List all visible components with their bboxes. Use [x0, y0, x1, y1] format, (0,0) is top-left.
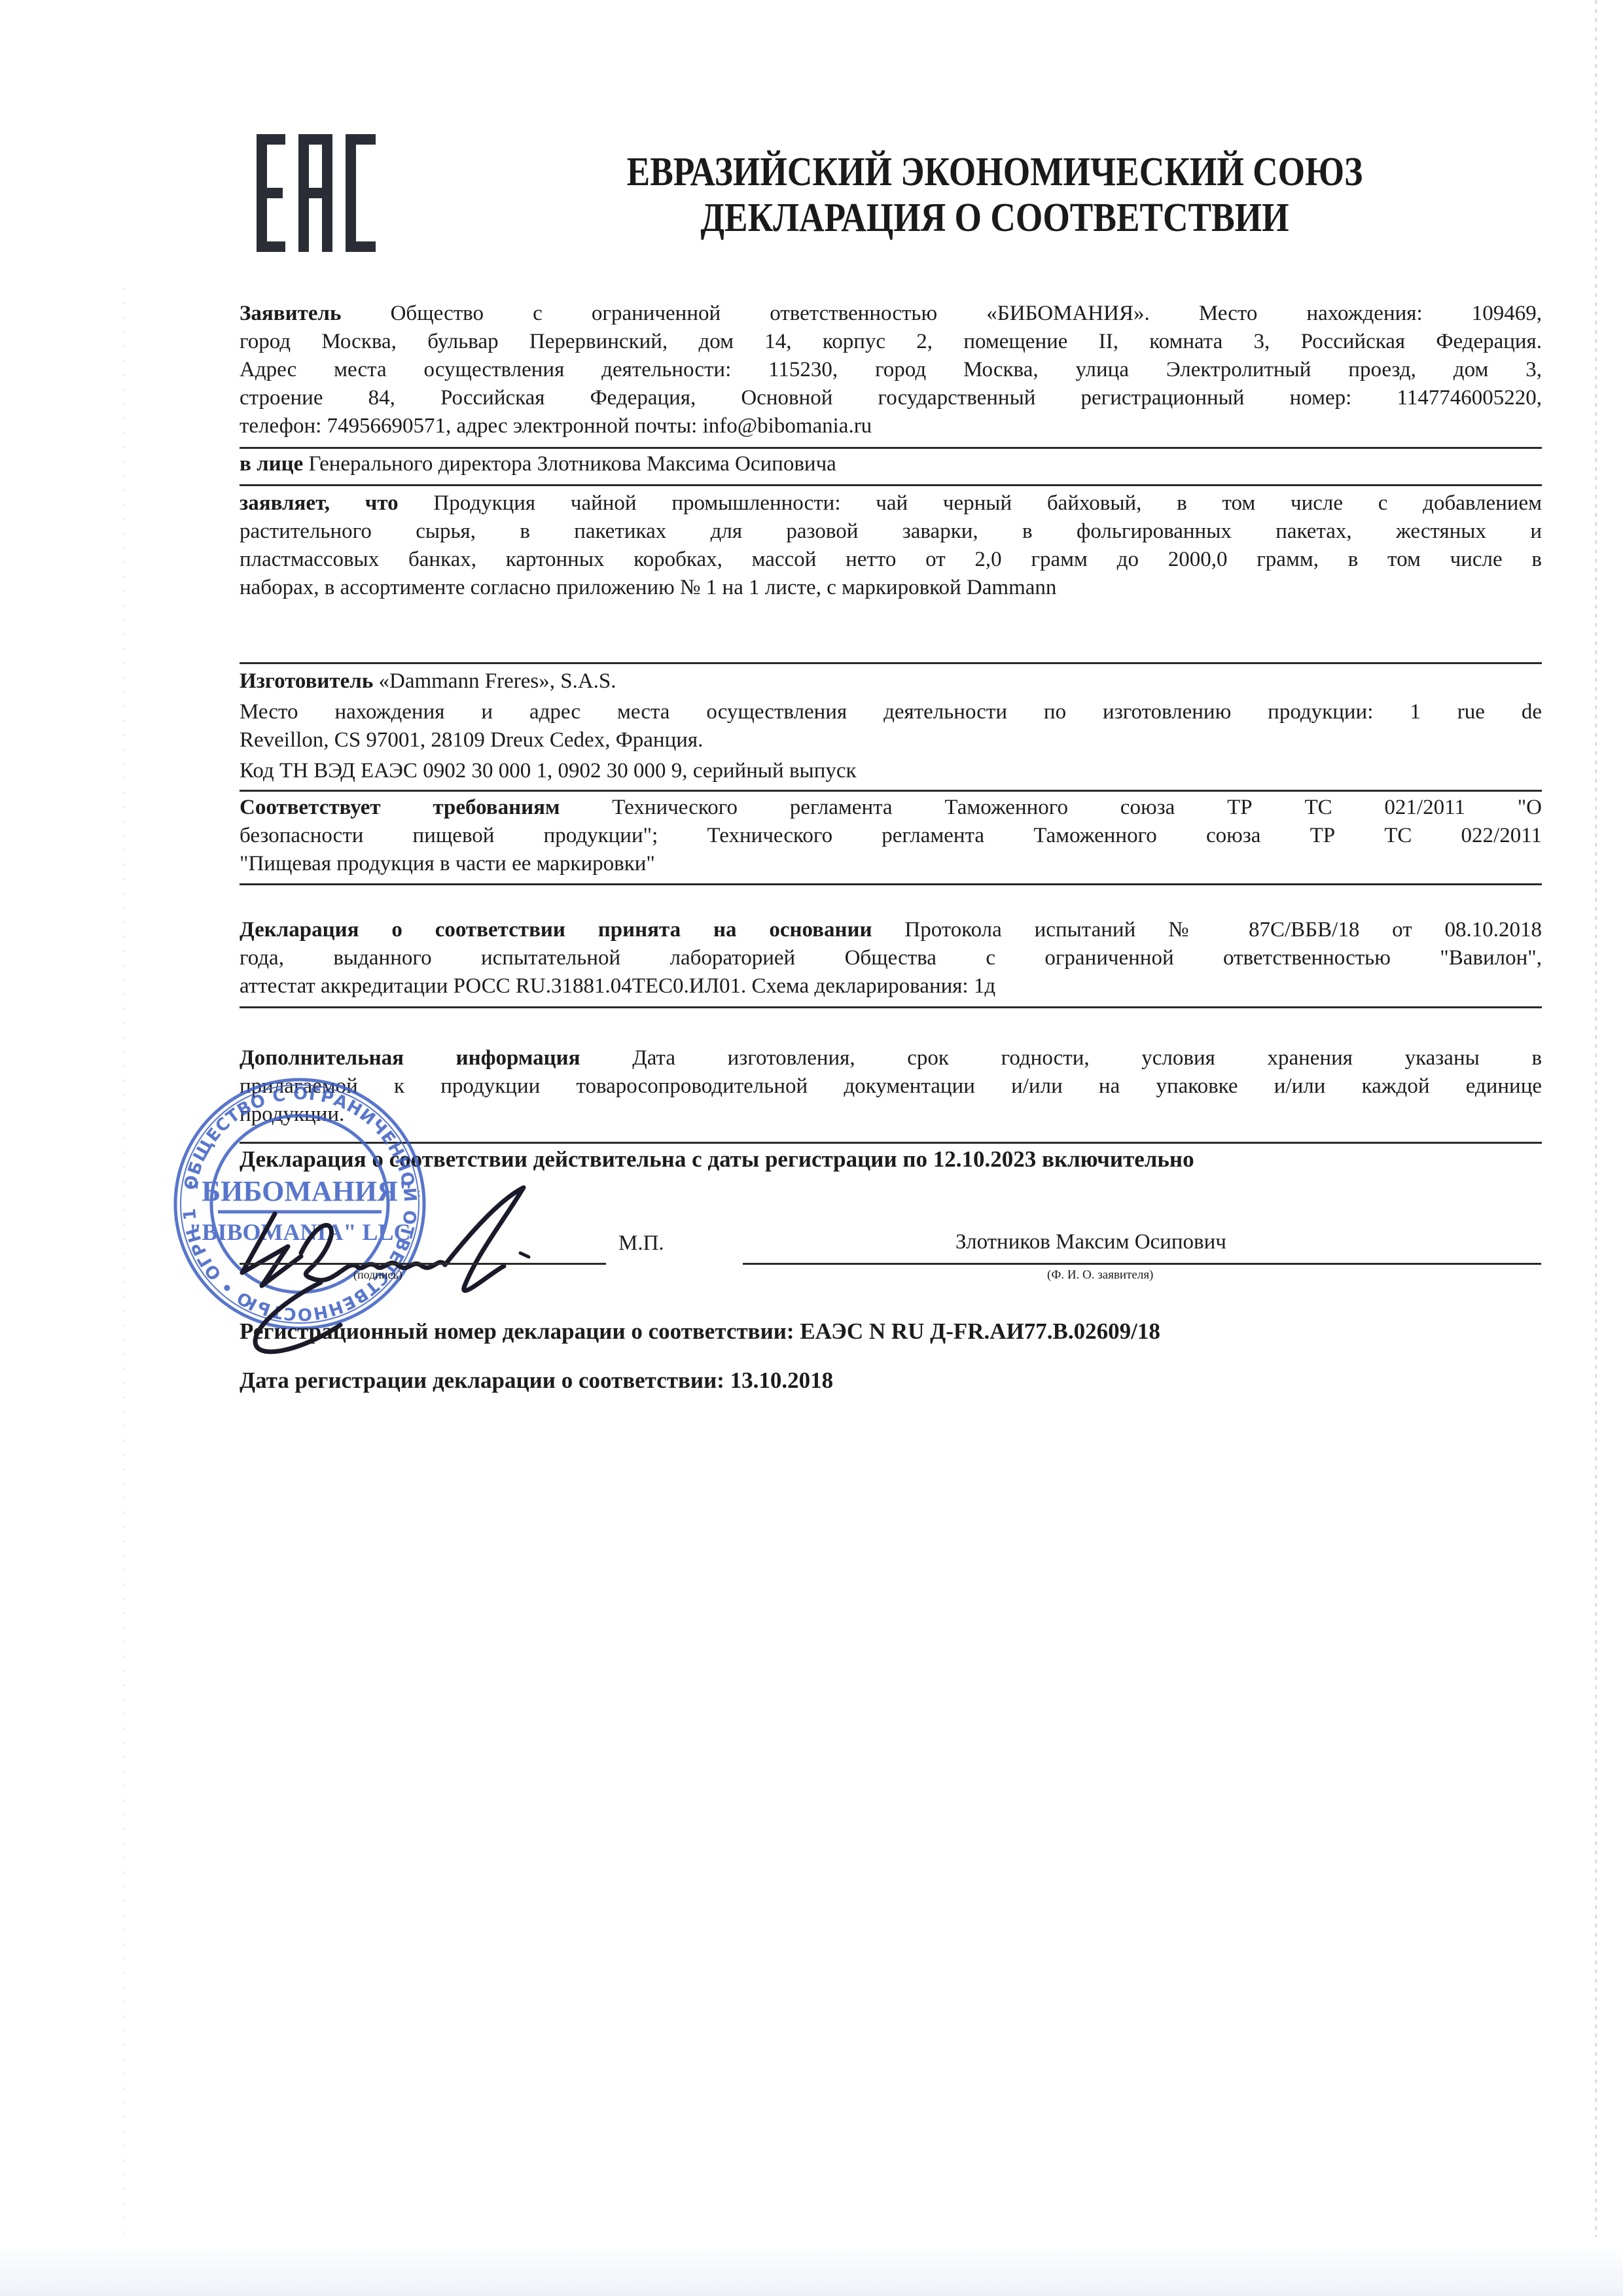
- represented-by-section: в лице Генерального директора Злотникова…: [240, 450, 1542, 478]
- additional-line-1: Дополнительная информация Дата изготовле…: [240, 1044, 1542, 1072]
- manufacturer-label: Изготовитель: [240, 669, 373, 693]
- divider: [240, 883, 1542, 885]
- applicant-line-2: город Москва, бульвар Перервинский, дом …: [240, 328, 1542, 356]
- document-title: ЕВРАЗИЙСКИЙ ЭКОНОМИЧЕСКИЙ СОЮЗ ДЕКЛАРАЦИ…: [567, 149, 1422, 241]
- hs-code-line: Код ТН ВЭД ЕАЭС 0902 30 000 1, 0902 30 0…: [240, 757, 1542, 785]
- declares-section: заявляет, что Продукция чайной промышлен…: [240, 489, 1542, 602]
- divider: [240, 1006, 1542, 1008]
- registration-number: ЕАЭС N RU Д-FR.АИ77.В.02609/18: [800, 1318, 1160, 1344]
- applicant-line-3: Адрес места осуществления деятельности: …: [240, 356, 1542, 384]
- applicant-label: Заявитель: [240, 302, 341, 325]
- scan-artifact-left: [123, 288, 124, 2251]
- registration-date-line: Дата регистрации декларации о соответств…: [240, 1368, 833, 1394]
- declares-line-4: наборах, в ассортименте согласно приложе…: [240, 574, 1542, 602]
- scan-edge: [0, 2244, 1623, 2296]
- seal-place-label: М.П.: [618, 1231, 664, 1256]
- basis-line-2: года, выданного испытательной лаборатори…: [240, 944, 1542, 972]
- signature-caption: (подпись): [353, 1268, 402, 1282]
- additional-label: Дополнительная информация: [240, 1046, 580, 1070]
- signer-name-caption: (Ф. И. О. заявителя): [1047, 1268, 1153, 1282]
- divider: [240, 790, 1542, 792]
- divider: [240, 1142, 1542, 1144]
- basis-section: Декларация о соответствии принята на осн…: [240, 916, 1542, 1000]
- scan-artifact-right: [1596, 0, 1597, 2237]
- declares-label: заявляет, что: [240, 491, 399, 515]
- registration-date: 13.10.2018: [730, 1368, 834, 1393]
- registration-number-line: Регистрационный номер декларации о соотв…: [240, 1318, 1160, 1345]
- declares-line-2: растительного сырья, в пакетиках для раз…: [240, 518, 1542, 546]
- applicant-line-1: Заявитель Общество с ограниченной ответс…: [240, 300, 1542, 328]
- represented-by-value: Генерального директора Злотникова Максим…: [309, 452, 836, 476]
- basis-line-3: аттестат аккредитации РОСС RU.31881.04ТЕ…: [240, 972, 1542, 1000]
- additional-line-2: прилагаемой к продукции товаросопроводит…: [240, 1072, 1542, 1101]
- divider: [240, 662, 1542, 664]
- manufacturer-address-2: Reveillon, CS 97001, 28109 Dreux Cedex, …: [240, 726, 1542, 754]
- compliance-line-1: Соответствует требованиям Технического р…: [240, 794, 1542, 822]
- title-line-1: ЕВРАЗИЙСКИЙ ЭКОНОМИЧЕСКИЙ СОЮЗ: [567, 149, 1422, 195]
- compliance-line-3: "Пищевая продукция в части ее маркировки…: [240, 850, 1542, 878]
- signer-name-line: [743, 1263, 1541, 1265]
- manufacturer-line-1: Изготовитель «Dammann Freres», S.A.S.: [240, 667, 1542, 696]
- applicant-line-4: строение 84, Российская Федерация, Основ…: [240, 384, 1542, 412]
- compliance-section: Соответствует требованиям Технического р…: [240, 794, 1542, 878]
- applicant-line-5: телефон: 74956690571, адрес электронной …: [240, 412, 1542, 440]
- represented-by-label: в лице: [240, 452, 303, 476]
- basis-line-1: Декларация о соответствии принята на осн…: [240, 916, 1542, 944]
- manufacturer-name: «Dammann Freres», S.A.S.: [379, 669, 616, 693]
- manufacturer-section: Изготовитель «Dammann Freres», S.A.S. Ме…: [240, 667, 1542, 785]
- applicant-section: Заявитель Общество с ограниченной ответс…: [240, 300, 1542, 440]
- compliance-line-2: безопасности пищевой продукции"; Техниче…: [240, 822, 1542, 850]
- additional-info-section: Дополнительная информация Дата изготовле…: [240, 1044, 1542, 1129]
- signature-line: [240, 1263, 606, 1265]
- registration-date-label: Дата регистрации декларации о соответств…: [240, 1368, 724, 1393]
- declares-line-3: пластмассовых банках, картонных коробках…: [240, 546, 1542, 574]
- divider: [240, 447, 1542, 449]
- additional-line-3: продукции.: [240, 1101, 1542, 1129]
- manufacturer-address-1: Место нахождения и адрес места осуществл…: [240, 698, 1542, 726]
- eac-logo-icon: [257, 134, 387, 252]
- declares-line-1: заявляет, что Продукция чайной промышлен…: [240, 489, 1542, 518]
- registration-number-label: Регистрационный номер декларации о соотв…: [240, 1318, 794, 1344]
- divider: [240, 484, 1542, 486]
- signer-name: Злотников Максим Осипович: [955, 1230, 1226, 1254]
- compliance-label: Соответствует требованиям: [240, 796, 560, 819]
- title-line-2: ДЕКЛАРАЦИЯ О СООТВЕТСТВИИ: [567, 195, 1422, 241]
- basis-label: Декларация о соответствии принята на осн…: [240, 918, 872, 942]
